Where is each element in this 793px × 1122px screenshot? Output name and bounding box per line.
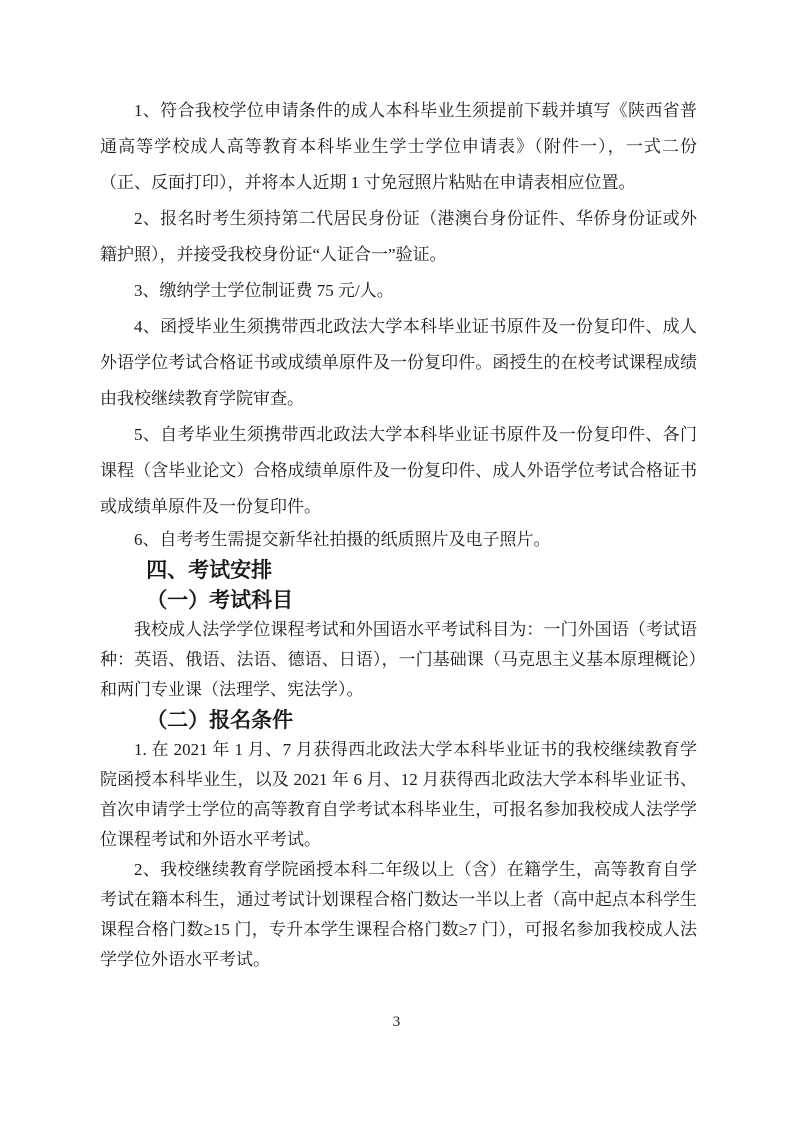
document-page: 1、符合我校学位申请条件的成人本科毕业生须提前下载并填写《陕西省普通高等学校成人… <box>0 0 793 1122</box>
numbered-item-6: 6、自考考生需提交新华社拍摄的纸质照片及电子照片。 <box>100 525 697 555</box>
document-content: 1、符合我校学位申请条件的成人本科毕业生须提前下载并填写《陕西省普通高等学校成人… <box>100 93 697 975</box>
page-footer: 3 <box>0 1013 793 1031</box>
numbered-item-3: 3、缴纳学士学位制证费 75 元/人。 <box>100 273 697 309</box>
numbered-item-4: 4、函授毕业生须携带西北政法大学本科毕业证书原件及一份复印件、成人外语学位考试合… <box>100 309 697 417</box>
registration-condition-1: 1. 在 2021 年 1 月、7 月获得西北政法大学本科毕业证书的我校继续教育… <box>100 735 697 855</box>
subsection-heading-exam-subjects: （一）考试科目 <box>100 585 697 615</box>
registration-condition-2: 2、我校继续教育学院函授本科二年级以上（含）在籍学生，高等教育自学考试在籍本科生… <box>100 855 697 975</box>
numbered-item-5: 5、自考毕业生须携带西北政法大学本科毕业证书原件及一份复印件、各门课程（含毕业论… <box>100 417 697 525</box>
subsection-heading-registration-conditions: （二）报名条件 <box>100 705 697 735</box>
page-number: 3 <box>393 1014 401 1030</box>
numbered-item-1: 1、符合我校学位申请条件的成人本科毕业生须提前下载并填写《陕西省普通高等学校成人… <box>100 93 697 201</box>
section-heading-exam-arrangement: 四、考试安排 <box>100 555 697 585</box>
numbered-item-2: 2、报名时考生须持第二代居民身份证（港澳台身份证件、华侨身份证或外籍护照），并接… <box>100 201 697 273</box>
exam-subjects-paragraph: 我校成人法学学位课程考试和外国语水平考试科目为：一门外国语（考试语种：英语、俄语… <box>100 615 697 705</box>
